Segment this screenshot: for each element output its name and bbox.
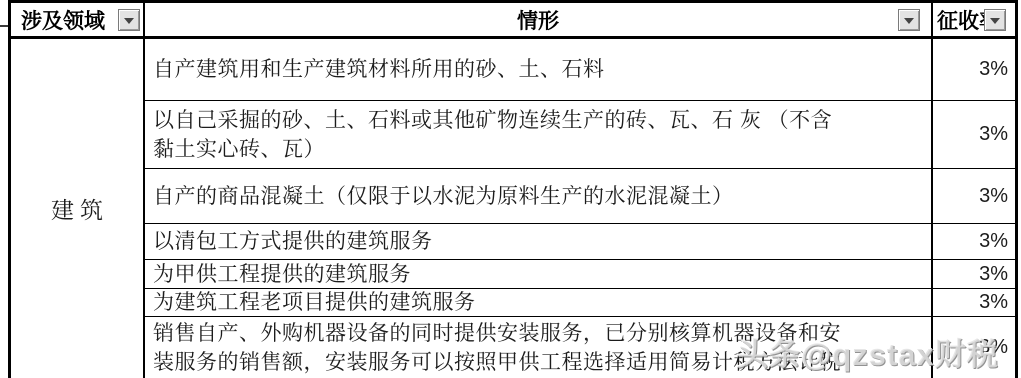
table-row: 自产建筑用和生产建筑材料所用的砂、土、石料 3% — [145, 39, 1015, 101]
scenario-cell: 为建筑工程老项目提供的建筑服务 — [145, 289, 931, 316]
filter-dropdown-icon — [990, 18, 1000, 24]
header-row: 涉及领域 情形 征收率 — [11, 3, 1015, 39]
table-body: 建筑 自产建筑用和生产建筑材料所用的砂、土、石料 3% 以自己采掘的砂、土、石料… — [11, 39, 1015, 378]
table-row: 自产的商品混凝土（仅限于以水泥为原料生产的水泥混凝土） 3% — [145, 169, 1015, 224]
header-cell-domain: 涉及领域 — [11, 3, 145, 36]
header-cell-rate: 征收率 — [931, 3, 1015, 36]
scenario-cell: 销售自产、外购机器设备的同时提供安装服务，已分别核算机器设备和安 装服务的销售额… — [145, 317, 931, 378]
rate-cell: 3% — [931, 101, 1015, 168]
table-row: 销售自产、外购机器设备的同时提供安装服务，已分别核算机器设备和安 装服务的销售额… — [145, 317, 1015, 378]
table-row: 为甲供工程提供的建筑服务 3% — [145, 260, 1015, 289]
rate-cell: 3% — [931, 317, 1015, 378]
rate-cell: 3% — [931, 224, 1015, 259]
filter-dropdown-icon — [124, 18, 134, 24]
header-label-domain: 涉及领域 — [21, 5, 105, 35]
filter-button-scenario[interactable] — [898, 9, 920, 31]
filter-button-domain[interactable] — [118, 9, 140, 31]
rate-cell: 3% — [931, 169, 1015, 223]
scenario-cell: 自产建筑用和生产建筑材料所用的砂、土、石料 — [145, 39, 931, 100]
spreadsheet-table: 涉及领域 情形 征收率 建筑 自产建筑用和生产建筑材料所用的砂、土、石料 3% … — [8, 0, 1018, 378]
rate-cell: 3% — [931, 260, 1015, 288]
rate-cell: 3% — [931, 39, 1015, 100]
header-label-scenario: 情形 — [517, 5, 559, 35]
filter-button-rate[interactable] — [984, 9, 1006, 31]
rate-cell: 3% — [931, 289, 1015, 316]
scenario-cell: 以清包工方式提供的建筑服务 — [145, 224, 931, 259]
scenario-cell: 为甲供工程提供的建筑服务 — [145, 260, 931, 288]
category-cell: 建筑 — [11, 39, 145, 378]
rows-container: 自产建筑用和生产建筑材料所用的砂、土、石料 3% 以自己采掘的砂、土、石料或其他… — [145, 39, 1015, 378]
scenario-cell: 以自己采掘的砂、土、石料或其他矿物连续生产的砖、瓦、石 灰 （不含 黏土实心砖、… — [145, 101, 931, 168]
table-row: 以清包工方式提供的建筑服务 3% — [145, 224, 1015, 260]
table-row: 以自己采掘的砂、土、石料或其他矿物连续生产的砖、瓦、石 灰 （不含 黏土实心砖、… — [145, 101, 1015, 169]
header-cell-scenario: 情形 — [145, 3, 931, 36]
scenario-cell: 自产的商品混凝土（仅限于以水泥为原料生产的水泥混凝土） — [145, 169, 931, 223]
filter-dropdown-icon — [904, 18, 914, 24]
table-row: 为建筑工程老项目提供的建筑服务 3% — [145, 289, 1015, 317]
